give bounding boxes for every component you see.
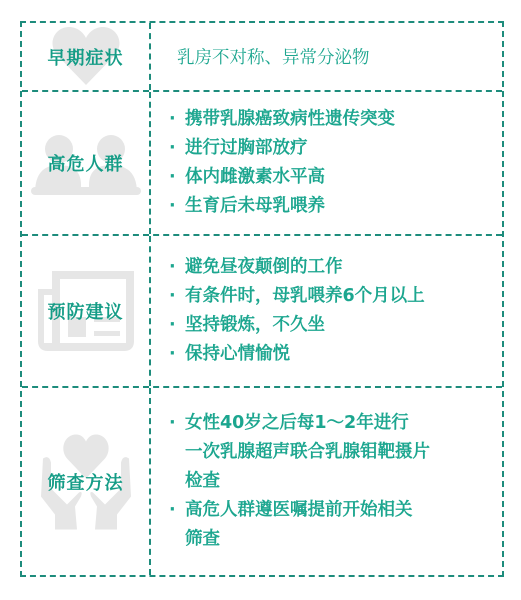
list-item: · 女性40岁之后每1～2年进行 一次乳腺超声联合乳腺钼靶摄片 检查 (169, 409, 502, 496)
label-cell: 筛查方法 (22, 388, 151, 575)
label-cell: 高危人群 (22, 92, 151, 234)
row-early-symptoms: 早期症状 乳房不对称、异常分泌物 (22, 23, 502, 90)
list-item: ·生育后未母乳喂养 (169, 192, 502, 221)
list-item: ·携带乳腺癌致病性遗传突变 (169, 105, 502, 134)
row-high-risk-group: 高危人群 ·携带乳腺癌致病性遗传突变 ·进行过胸部放疗 ·体内雌激素水平高 ·生… (22, 90, 502, 234)
row-label: 高危人群 (48, 150, 124, 176)
label-cell: 预防建议 (22, 236, 151, 386)
list-item: ·保持心情愉悦 (169, 340, 502, 369)
label-cell: 早期症状 (22, 23, 151, 90)
row-label: 筛查方法 (48, 469, 124, 495)
list-item: ·体内雌激素水平高 (169, 163, 502, 192)
list-item: ·坚持锻炼，不久坐 (169, 311, 502, 340)
content-cell: ·避免昼夜颠倒的工作 ·有条件时，母乳喂养6个月以上 ·坚持锻炼，不久坐 ·保持… (151, 236, 502, 386)
list-item: ·有条件时，母乳喂养6个月以上 (169, 282, 502, 311)
content-cell: ·携带乳腺癌致病性遗传突变 ·进行过胸部放疗 ·体内雌激素水平高 ·生育后未母乳… (151, 92, 502, 234)
row-label: 早期症状 (48, 44, 124, 70)
row-label: 预防建议 (48, 298, 124, 324)
screening-list: · 女性40岁之后每1～2年进行 一次乳腺超声联合乳腺钼靶摄片 检查 · 高危人… (169, 409, 502, 554)
list-item: ·进行过胸部放疗 (169, 134, 502, 163)
content-cell: · 女性40岁之后每1～2年进行 一次乳腺超声联合乳腺钼靶摄片 检查 · 高危人… (151, 388, 502, 575)
risk-list: ·携带乳腺癌致病性遗传突变 ·进行过胸部放疗 ·体内雌激素水平高 ·生育后未母乳… (169, 105, 502, 221)
breast-cancer-info-table: 早期症状 乳房不对称、异常分泌物 高危人群 ·携带乳腺癌致病性遗传突变 ·进行过… (20, 21, 504, 577)
row-prevention-advice: 预防建议 ·避免昼夜颠倒的工作 ·有条件时，母乳喂养6个月以上 ·坚持锻炼，不久… (22, 234, 502, 386)
row-screening-methods: 筛查方法 · 女性40岁之后每1～2年进行 一次乳腺超声联合乳腺钼靶摄片 检查 … (22, 386, 502, 575)
list-item: · 高危人群遵医嘱提前开始相关 筛查 (169, 496, 502, 554)
symptom-text: 乳房不对称、异常分泌物 (169, 44, 502, 69)
prevention-list: ·避免昼夜颠倒的工作 ·有条件时，母乳喂养6个月以上 ·坚持锻炼，不久坐 ·保持… (169, 253, 502, 369)
list-item: ·避免昼夜颠倒的工作 (169, 253, 502, 282)
content-cell: 乳房不对称、异常分泌物 (151, 23, 502, 90)
